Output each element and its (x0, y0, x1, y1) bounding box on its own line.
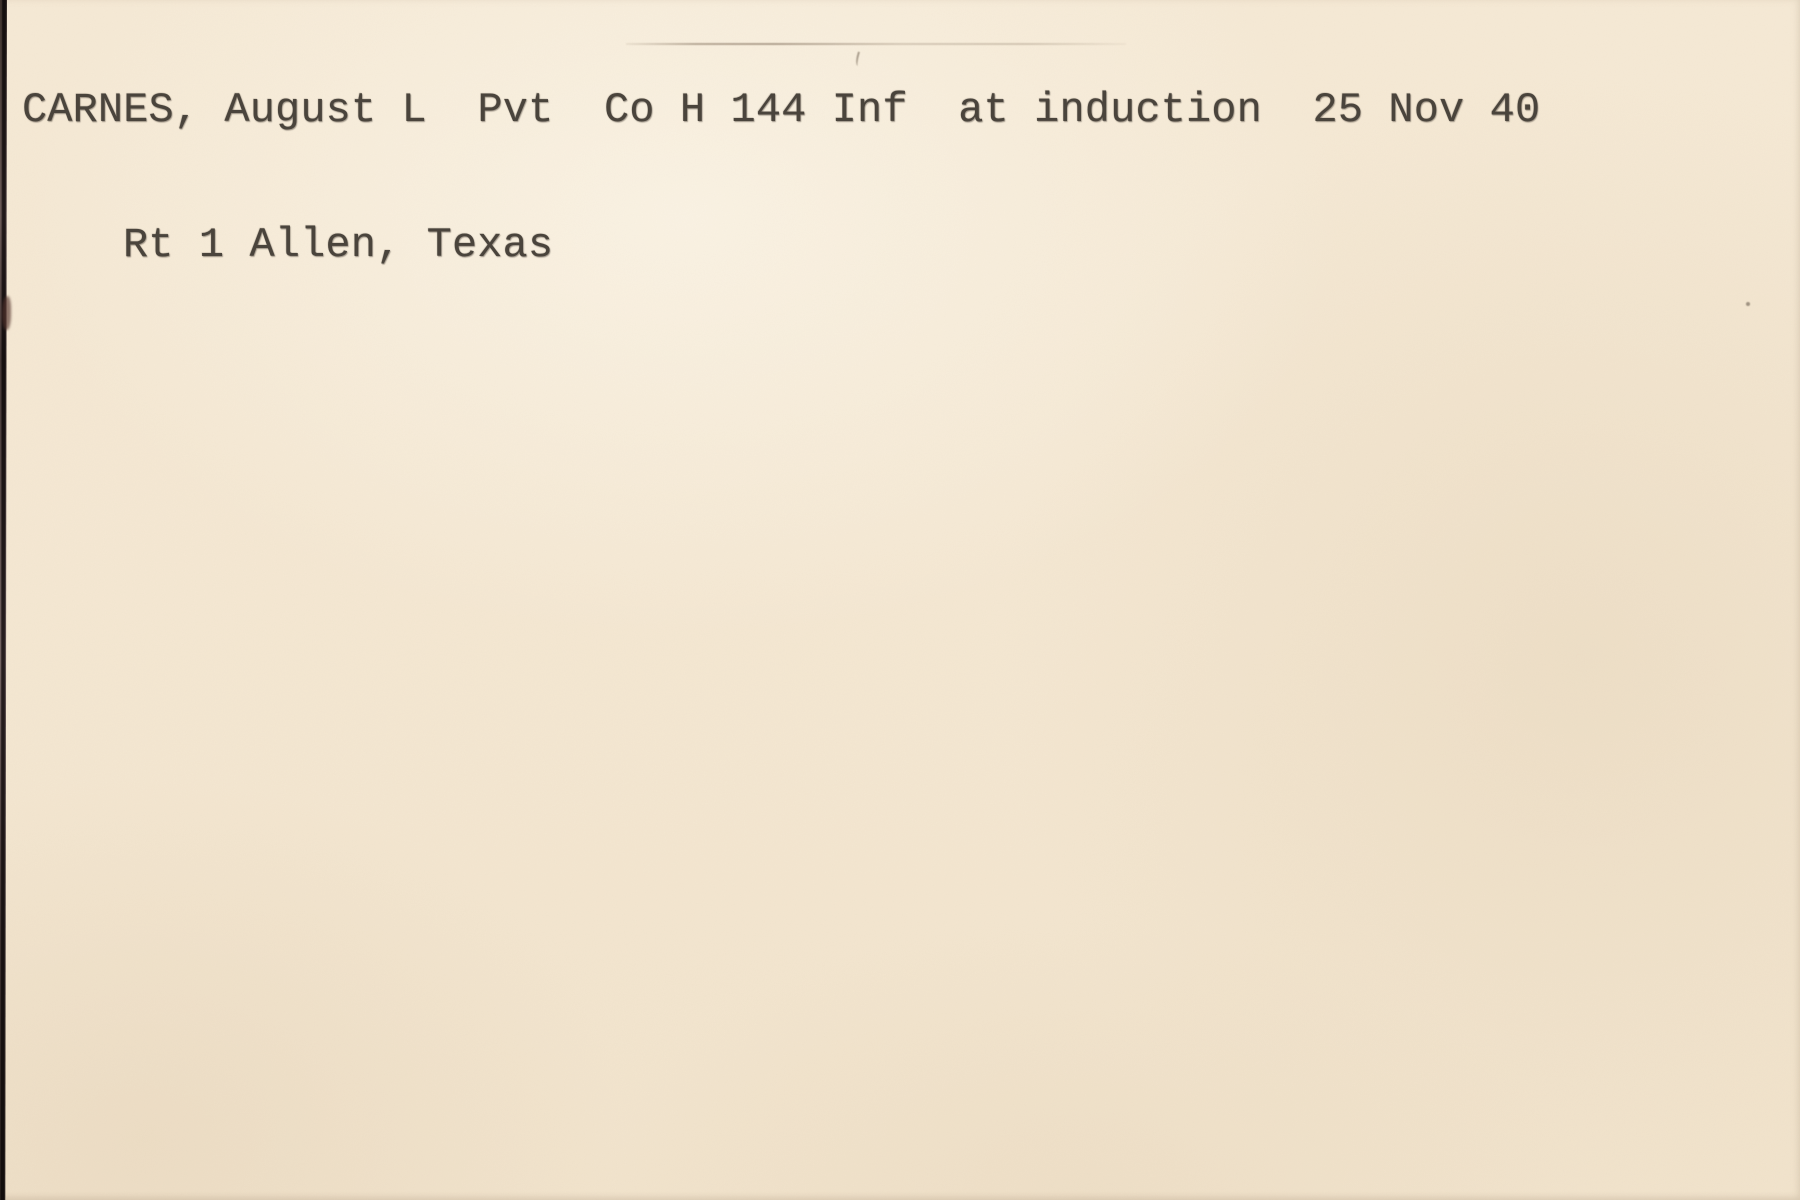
scanned-index-card: CARNES, August L Pvt Co H 144 Inf at ind… (0, 0, 1800, 1200)
card-edge-blemish (2, 296, 11, 330)
paper-speck (1746, 302, 1750, 306)
faint-underline-mark (626, 43, 1126, 45)
card-left-edge-shadow (0, 0, 7, 1200)
typed-line-soldier-record: CARNES, August L Pvt Co H 144 Inf at ind… (22, 88, 1540, 133)
typed-line-address: Rt 1 Allen, Texas (123, 223, 1540, 268)
typewritten-text-block: CARNES, August L Pvt Co H 144 Inf at ind… (22, 0, 1540, 358)
